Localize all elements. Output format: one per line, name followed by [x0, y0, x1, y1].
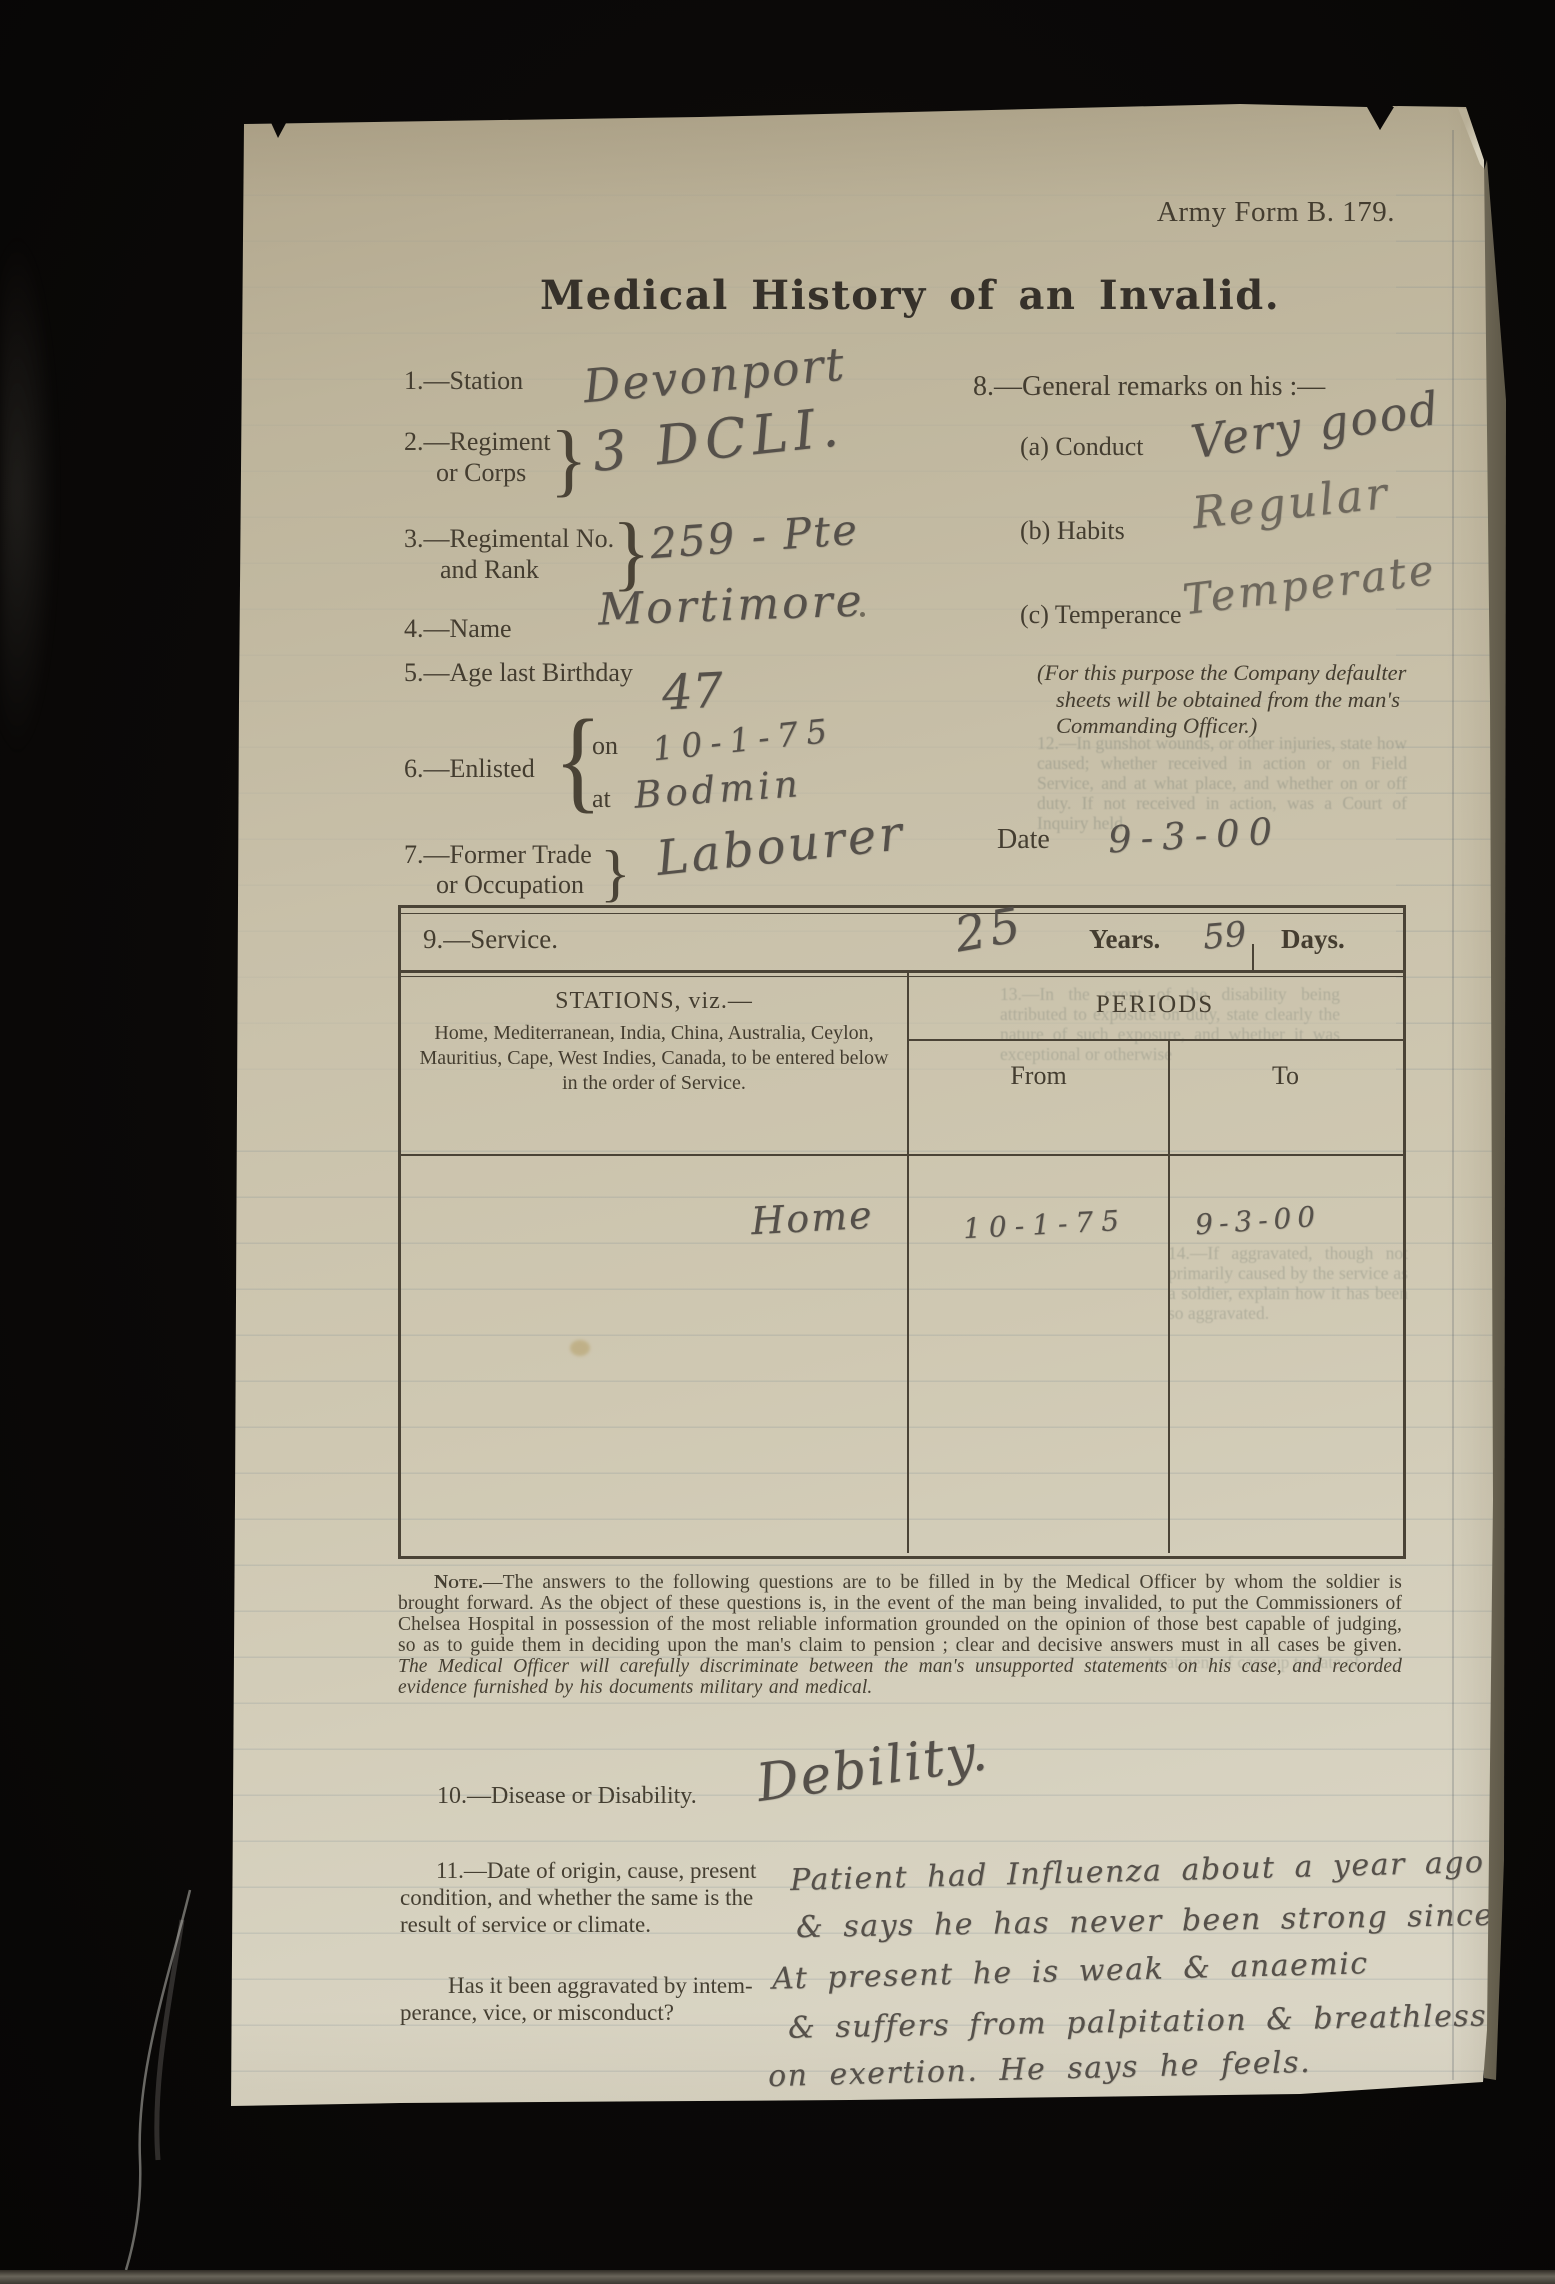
- date-label: Date: [997, 824, 1050, 856]
- origin-answer-line4: & suffers from palpitation & breathlessn…: [788, 1997, 1555, 2045]
- regiment-brace: }: [550, 412, 587, 507]
- paper-sheet: 12.—In gunshot wounds, or other injuries…: [0, 0, 1555, 2284]
- date-value: 9-3-00: [1107, 809, 1282, 861]
- aggravated-label-line2: perance, vice, or misconduct?: [400, 2000, 674, 2026]
- origin-answer-line5: on exertion. He says he feels.: [768, 2045, 1312, 2094]
- origin-answer-line3: At present he is weak & anaemic: [772, 1946, 1369, 1997]
- defaulter-note-line2: sheets will be obtained from the man's: [1056, 687, 1400, 713]
- origin-answer-line2: & says he has never been strong since: [796, 1898, 1494, 1945]
- service-table: 9.—Service. 25 Years. 59 Days. STATIONS,…: [398, 905, 1406, 1559]
- desk-edge-strip: [0, 2270, 1555, 2284]
- field-name-label: 4.—Name: [404, 614, 512, 644]
- stations-header: STATIONS, viz.—: [401, 988, 907, 1015]
- scanned-document-photo: 12.—In gunshot wounds, or other injuries…: [0, 0, 1555, 2284]
- note-body-italic: The Medical Officer will carefully discr…: [398, 1656, 1402, 1698]
- field-trade-label-line1: 7.—Former Trade: [404, 840, 592, 870]
- field-regimental-no-value: 259 - Pte: [649, 505, 861, 568]
- days-label: Days.: [1281, 924, 1345, 955]
- note-prefix: Note.: [398, 1572, 483, 1593]
- service-row-to: 9-3-00: [1194, 1200, 1322, 1242]
- field-regiment-label-line1: 2.—Regiment: [404, 427, 551, 457]
- field-regiment-label-line2: or Corps: [436, 458, 526, 488]
- periods-header: PERIODS: [907, 991, 1403, 1019]
- field-trade-value: Labourer: [654, 805, 908, 887]
- field-remarks-label: 8.—General remarks on his :—: [973, 371, 1325, 403]
- table-row1-bottom-line2: [401, 976, 1403, 977]
- field-regimental-no-label-line1: 3.—Regimental No.: [404, 524, 614, 554]
- defaulter-note-line3: Commanding Officer.): [1056, 713, 1257, 739]
- service-label: 9.—Service.: [423, 924, 558, 955]
- stations-periods-divider: [907, 973, 909, 1553]
- temperance-label: (c) Temperance: [1020, 600, 1182, 630]
- corner-fold: [1450, 104, 1496, 184]
- field-trade-label-line2: or Occupation: [436, 870, 584, 900]
- service-days-value: 59: [1201, 914, 1248, 958]
- field-name-value: Mortimore: [597, 575, 865, 635]
- aggravated-label-line1: Has it been aggravated by intem-: [448, 1973, 753, 1999]
- enlisted-at-label: at: [592, 784, 611, 814]
- stations-note: Home, Mediterranean, India, China, Austr…: [411, 1021, 897, 1096]
- origin-label-line2: condition, and whether the same is the: [400, 1885, 753, 1911]
- habits-label: (b) Habits: [1020, 516, 1125, 546]
- page-title: Medical History of an Invalid.: [540, 272, 1280, 319]
- enlisted-on-label: on: [592, 731, 618, 761]
- from-label: From: [909, 1061, 1168, 1091]
- field-station-label: 1.—Station: [404, 366, 523, 396]
- years-days-divider: [1252, 944, 1254, 973]
- table-top-inner-line: [401, 913, 1403, 914]
- tear-notch-left: [262, 112, 294, 140]
- temperance-value: Temperate: [1180, 545, 1439, 625]
- book-spine-highlight: [0, 230, 58, 760]
- service-years-value: 25: [951, 896, 1029, 963]
- years-label: Years.: [1089, 924, 1160, 955]
- field-enlisted-label: 6.—Enlisted: [404, 754, 535, 784]
- disease-label: 10.—Disease or Disability.: [437, 1783, 697, 1810]
- form-number: Army Form B. 179.: [1150, 196, 1395, 229]
- tear-notch-right: [1364, 100, 1398, 132]
- scratch-mark: [40, 1860, 260, 2280]
- conduct-label: (a) Conduct: [1020, 432, 1143, 462]
- service-row-from: 10-1-75: [962, 1204, 1128, 1246]
- faint-ruling-margin: [1396, 150, 1492, 1110]
- disease-value: Debility.: [753, 1722, 993, 1814]
- defaulter-note-line1: (For this purpose the Company defaulter: [1037, 660, 1406, 686]
- medical-officer-note: Note.—The answers to the following quest…: [398, 1572, 1402, 1698]
- origin-answer-line1: Patient had Influenza about a year ago: [790, 1845, 1485, 1898]
- header-bottom-line: [401, 1154, 1403, 1156]
- service-row-station: Home: [750, 1193, 875, 1243]
- margin-fold-line: [1452, 130, 1454, 2080]
- field-regimental-no-label-line2: and Rank: [440, 555, 539, 585]
- origin-label-line3: result of service or climate.: [400, 1912, 651, 1938]
- habits-value: Regular: [1190, 468, 1392, 539]
- origin-label-line1: 11.—Date of origin, cause, present: [436, 1858, 756, 1884]
- from-to-divider: [1168, 1039, 1170, 1553]
- field-age-label: 5.—Age last Birthday: [404, 658, 633, 688]
- to-label: To: [1168, 1061, 1403, 1091]
- trade-brace: }: [600, 836, 631, 910]
- enlisted-at-value: Bodmin: [633, 762, 803, 817]
- note-body-roman: —The answers to the following questions …: [398, 1572, 1402, 1656]
- periods-underline: [909, 1039, 1403, 1041]
- field-age-value: 47: [661, 662, 725, 721]
